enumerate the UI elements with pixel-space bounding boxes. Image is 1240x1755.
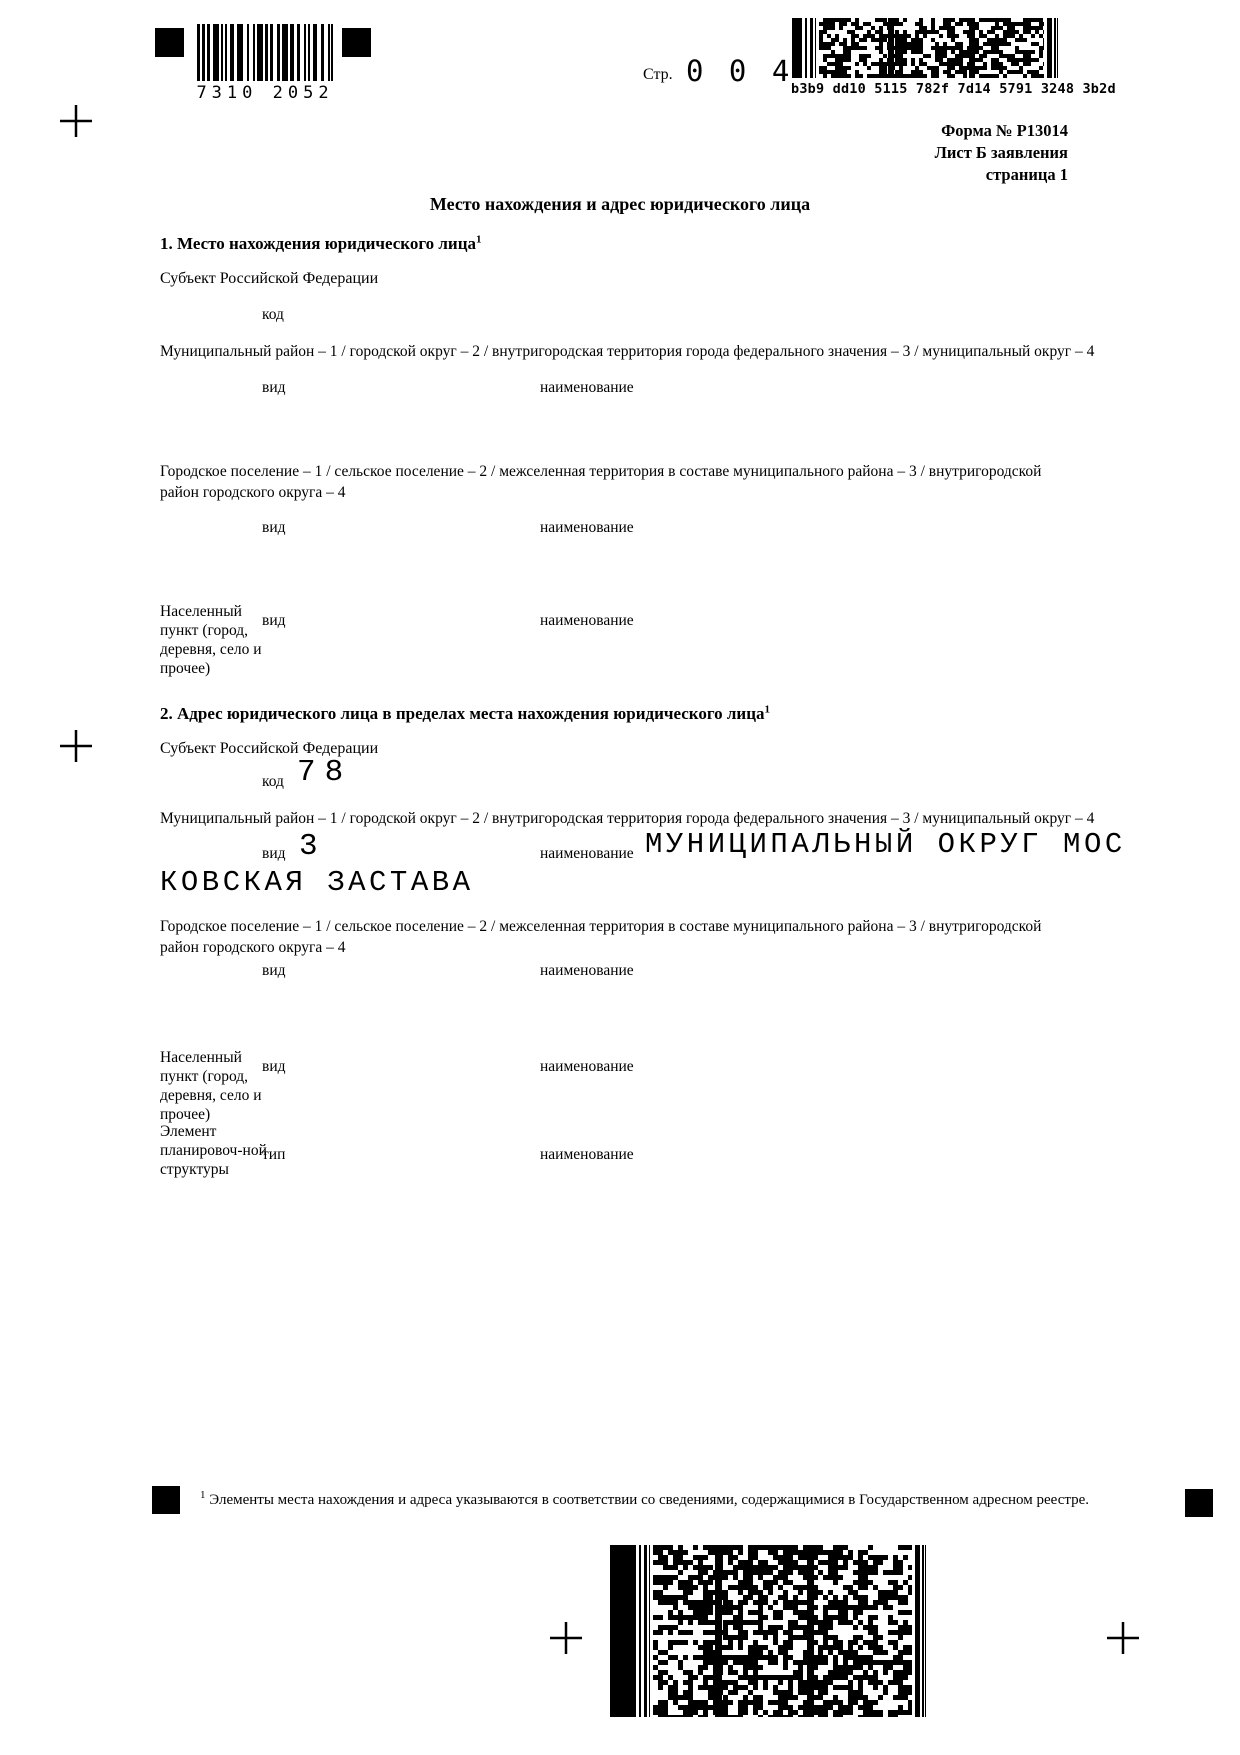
matrix-barcode-bottom bbox=[610, 1545, 928, 1717]
s1-locality-label: Населенный пункт (город, деревня, село и… bbox=[160, 602, 264, 678]
s1-municipal-vid-label: вид bbox=[262, 379, 286, 397]
s1-locality-vid-label: вид bbox=[262, 612, 286, 630]
section1-heading: 1. Место нахождения юридического лица1 bbox=[160, 234, 482, 254]
s2-municipal-vid-value: 3 bbox=[299, 831, 318, 862]
footnote-mark: 1 bbox=[200, 1489, 206, 1501]
s2-locality-label: Населенный пункт (город, деревня, село и… bbox=[160, 1048, 264, 1124]
s2-planning-name-label: наименование bbox=[540, 1146, 634, 1164]
registration-plus-icon bbox=[1105, 1620, 1141, 1656]
linear-barcode bbox=[197, 24, 333, 81]
corner-square bbox=[342, 28, 371, 57]
s2-settlement-options: Городское поселение – 1 / сельское посел… bbox=[160, 916, 1072, 958]
s2-municipal-options: Муниципальный район – 1 / городской окру… bbox=[160, 808, 1095, 829]
s2-locality-name-label: наименование bbox=[540, 1058, 634, 1076]
corner-square bbox=[155, 28, 184, 57]
registration-plus-icon bbox=[548, 1620, 584, 1656]
form-page-r13014: 7310 2052 Стр. 0 0 4 b3b9 dd10 5115 782f… bbox=[0, 0, 1240, 1755]
form-number: Форма № Р13014 bbox=[820, 120, 1068, 142]
s1-subject-label: Субъект Российской Федерации bbox=[160, 270, 378, 288]
corner-square bbox=[1185, 1489, 1213, 1517]
corner-square bbox=[152, 1486, 180, 1514]
matrix-barcode-top bbox=[792, 18, 1060, 78]
registration-plus-icon bbox=[58, 728, 94, 764]
document-title: Место нахождения и адрес юридического ли… bbox=[0, 194, 1240, 215]
s2-settlement-name-label: наименование bbox=[540, 962, 634, 980]
page-number-value: 0 0 4 bbox=[686, 54, 793, 88]
section2-heading: 2. Адрес юридического лица в пределах ме… bbox=[160, 704, 770, 724]
page-number-label: Стр. bbox=[643, 66, 673, 84]
s1-settlement-vid-label: вид bbox=[262, 519, 286, 537]
s2-municipal-vid-label: вид bbox=[262, 845, 286, 863]
footnote-mark: 1 bbox=[765, 703, 771, 715]
s2-subject-code-value: 78 bbox=[297, 757, 352, 788]
s1-settlement-options: Городское поселение – 1 / сельское посел… bbox=[160, 461, 1072, 503]
s2-code-label: код bbox=[262, 773, 284, 791]
footnote: 1 Элементы места нахождения и адреса ука… bbox=[200, 1492, 1100, 1509]
s2-locality-vid-label: вид bbox=[262, 1058, 286, 1076]
s2-planning-element-label: Элемент планировоч-ной структуры bbox=[160, 1122, 270, 1179]
registration-plus-icon bbox=[58, 103, 94, 139]
s2-municipal-name-value-line2: КОВСКАЯ ЗАСТАВА bbox=[160, 868, 474, 898]
form-page: страница 1 bbox=[820, 164, 1068, 186]
form-reference: Форма № Р13014 Лист Б заявления страница… bbox=[820, 120, 1068, 186]
form-sheet: Лист Б заявления bbox=[820, 142, 1068, 164]
matrix-barcode-caption: b3b9 dd10 5115 782f 7d14 5791 3248 3b2d bbox=[791, 81, 1063, 97]
s2-planning-type-label: тип bbox=[262, 1146, 285, 1164]
s1-municipal-options: Муниципальный район – 1 / городской окру… bbox=[160, 341, 1095, 362]
s2-municipal-name-value-line1: МУНИЦИПАЛЬНЫЙ ОКРУГ МОС bbox=[645, 830, 1126, 860]
s1-locality-name-label: наименование bbox=[540, 612, 634, 630]
s1-code-label: код bbox=[262, 306, 284, 324]
s2-settlement-vid-label: вид bbox=[262, 962, 286, 980]
s1-municipal-name-label: наименование bbox=[540, 379, 634, 397]
linear-barcode-caption: 7310 2052 bbox=[185, 83, 345, 103]
footnote-text: Элементы места нахождения и адреса указы… bbox=[209, 1492, 1089, 1508]
footnote-mark: 1 bbox=[476, 233, 482, 245]
s2-municipal-name-label: наименование bbox=[540, 845, 634, 863]
s1-settlement-name-label: наименование bbox=[540, 519, 634, 537]
